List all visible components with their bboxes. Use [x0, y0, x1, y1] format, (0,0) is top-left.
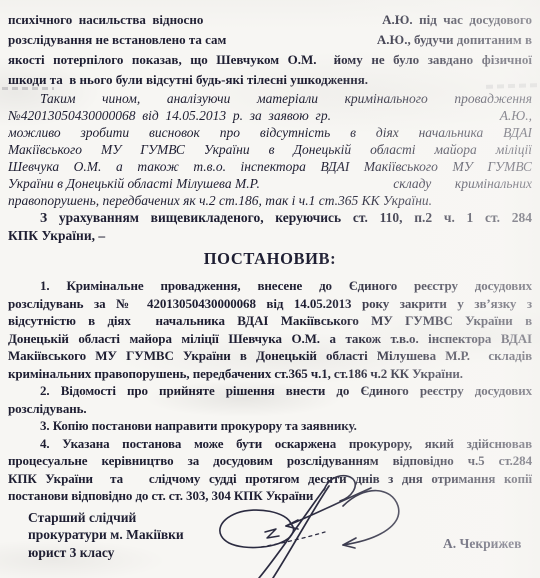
scanned-document-page: психічного насильства відносноА.Ю. під ч…: [0, 0, 540, 578]
redaction-gap: [331, 107, 500, 124]
doc-line: розслідувань.: [8, 400, 532, 418]
doc-line: процесуальне керівництво за досудовим ро…: [8, 452, 532, 470]
doc-line-left: України в Донецькій області Мілушева М.Р…: [8, 175, 260, 192]
doc-line: психічного насильства відносноА.Ю. під ч…: [8, 10, 532, 30]
document-body: психічного насильства відносноА.Ю. під ч…: [8, 10, 532, 505]
doc-line: №42013050430000068 від 14.05.2013 р. за …: [8, 107, 532, 124]
redaction-gap: [226, 30, 377, 50]
doc-line: 2. Відомості про прийняте рішення внести…: [8, 382, 532, 400]
doc-line: якості потерпілого показав, що Шевчуком …: [8, 50, 532, 70]
doc-line-right: складу кримінальних: [393, 175, 532, 192]
doc-line-right: А.Ю.,: [500, 107, 532, 124]
doc-line: кримінальних правопорушень, передбачених…: [8, 365, 532, 383]
doc-line: відсутністю в діях начальника ВДАІ Макії…: [8, 312, 532, 330]
doc-line: постанови відповідно до ст. ст. 303, 304…: [8, 487, 532, 505]
doc-line: 1. Кримінальне провадження, внесене до Є…: [8, 277, 532, 295]
redaction-gap: [260, 175, 393, 192]
doc-line: України в Донецькій області Мілушева М.Р…: [8, 175, 532, 192]
doc-line: КПК України, –: [8, 227, 532, 245]
doc-line: шкоди та в нього були відсутні будь-які …: [8, 70, 532, 90]
doc-line: Макіївського МУ ГУМВС України в Донецькі…: [8, 141, 532, 158]
doc-line: розслідування не встановлено та самА.Ю.,…: [8, 30, 532, 50]
redaction-gap: [203, 10, 382, 30]
doc-line-left: психічного насильства відносно: [8, 10, 203, 30]
doc-line: правопорушень, передбачених як ч.2 ст.18…: [8, 192, 532, 209]
resolution-heading: ПОСТАНОВИВ:: [8, 249, 532, 269]
doc-line: розслідувань за № 42013050430000068 від …: [8, 295, 532, 313]
doc-line: Шевчука О.М. а також т.в.о. інспектора В…: [8, 158, 532, 175]
doc-line: Макіївського МУ ГУМВС України в Донецькі…: [8, 347, 532, 365]
signatory-title-block: Старший слідчий прокуратури м. Макіївки …: [28, 509, 532, 562]
doc-line-right: А.Ю., будучи допитаним в: [377, 30, 532, 50]
doc-line: можливо зробити висновок про відсутність…: [8, 124, 532, 141]
doc-line: Донецькій області майора міліції Шевчука…: [8, 330, 532, 348]
doc-line-left: розслідування не встановлено та сам: [8, 30, 226, 50]
doc-line: Таким чином, аналізуючи матеріали кримін…: [8, 90, 532, 107]
signatory-title-line: Старший слідчий: [28, 509, 532, 527]
doc-line: З урахуванням вищевикладеного, керуючись…: [8, 209, 532, 227]
doc-line: 4. Указана постанова може бути оскаржена…: [8, 435, 532, 453]
doc-line: КПК України та слідчому судді протягом д…: [8, 470, 532, 488]
signatory-name: А. Чекрижев: [443, 536, 521, 552]
doc-line: 3. Копію постанови направити прокурору т…: [8, 417, 532, 435]
doc-line-right: А.Ю. під час досудового: [382, 10, 532, 30]
doc-line-left: №42013050430000068 від 14.05.2013 р. за …: [8, 107, 331, 124]
